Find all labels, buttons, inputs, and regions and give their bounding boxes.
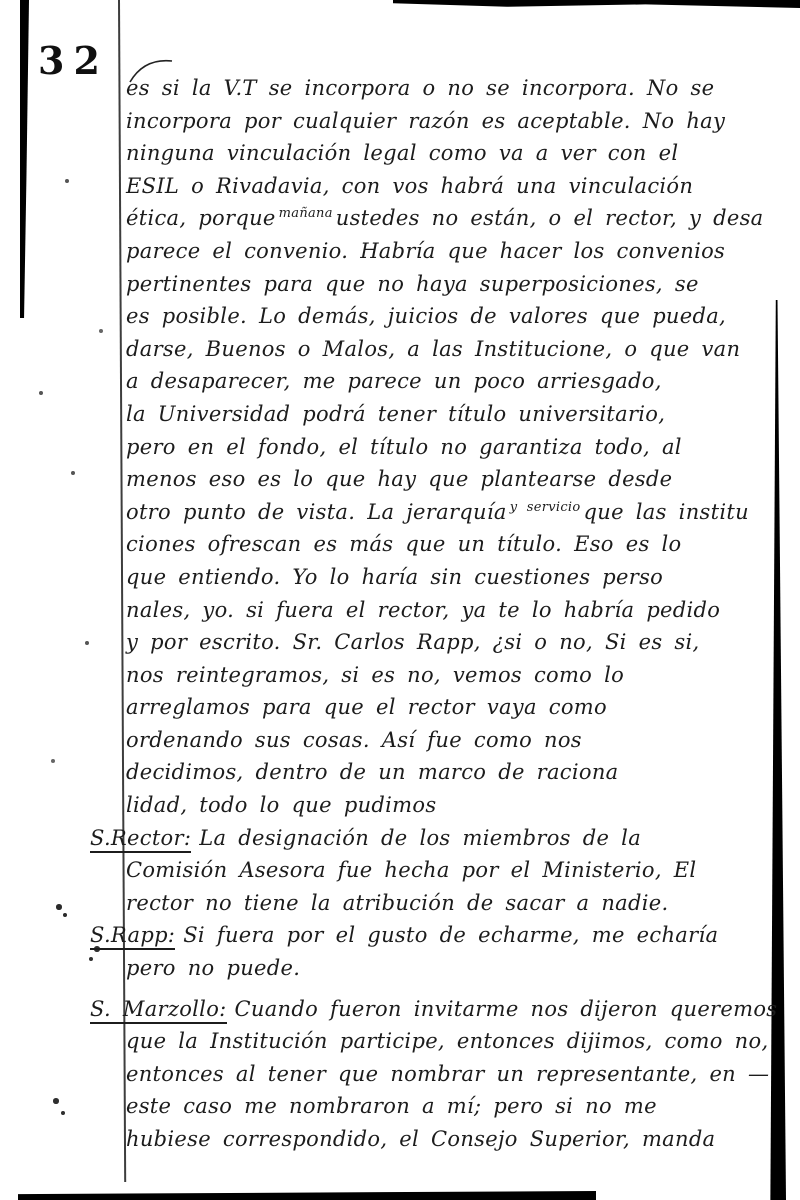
- line-text: Si fuera por el gusto de echarme, me ech…: [183, 923, 718, 947]
- line-text: y por escrito. Sr. Carlos Rapp, ¿si o no…: [126, 630, 699, 654]
- line-text: pero en el fondo, el título no garantiza…: [126, 435, 682, 459]
- line-text: ordenando sus cosas. Así fue como nos: [126, 728, 582, 752]
- manuscript-line: parece el convenio. Habría que hacer los…: [126, 235, 778, 268]
- manuscript-line: incorpora por cualquier razón es aceptab…: [126, 105, 778, 138]
- manuscript-line: decidimos, dentro de un marco de raciona: [126, 756, 778, 789]
- line-text: arreglamos para que el rector vaya como: [126, 695, 607, 719]
- line-text: a desaparecer, me parece un poco arriesg…: [126, 369, 662, 393]
- manuscript-line: hubiese correspondido, el Consejo Superi…: [126, 1123, 778, 1156]
- line-text: decidimos, dentro de un marco de raciona: [126, 760, 618, 784]
- line-text: ciones ofrescan es más que un título. Es…: [126, 532, 681, 556]
- line-text: es si la V.T se incorpora o no se incorp…: [126, 76, 714, 100]
- line-text: ninguna vinculación legal como va a ver …: [126, 141, 678, 165]
- scan-artifact-top-bar: [393, 0, 800, 8]
- speaker-label: S. Marzollo:: [90, 997, 227, 1024]
- line-text: entonces al tener que nombrar un represe…: [126, 1062, 769, 1086]
- manuscript-line: es si la V.T se incorpora o no se incorp…: [126, 72, 778, 105]
- manuscript-line: S. Marzollo:Cuando fueron invitarme nos …: [90, 993, 778, 1026]
- line-text: que entiendo. Yo lo haría sin cuestiones…: [126, 565, 663, 589]
- line-text: ustedes no están, o el rector, y desa: [336, 206, 764, 230]
- manuscript-line: a desaparecer, me parece un poco arriesg…: [126, 365, 778, 398]
- manuscript-lines: es si la V.T se incorpora o no se incorp…: [126, 72, 778, 1156]
- speaker-label: S.Rector:: [90, 826, 191, 853]
- line-text: otro punto de vista. La jerarquía: [126, 500, 507, 524]
- line-text: nos reintegramos, si es no, vemos como l…: [126, 663, 624, 687]
- line-text: parece el convenio. Habría que hacer los…: [126, 239, 725, 263]
- manuscript-line: ordenando sus cosas. Así fue como nos: [126, 724, 778, 757]
- speaker-label: S.Rapp:: [90, 923, 175, 950]
- manuscript-line: S.Rector:La designación de los miembros …: [90, 822, 778, 855]
- scan-artifact-bottom-bar: [18, 1191, 596, 1200]
- manuscript-line: pertinentes para que no haya superposici…: [126, 268, 778, 301]
- manuscript-line: es posible. Lo demás, juicios de valores…: [126, 300, 778, 333]
- line-text: ESIL o Rivadavia, con vos habrá una vinc…: [126, 174, 693, 198]
- manuscript-line: nales, yo. si fuera el rector, ya te lo …: [126, 594, 778, 627]
- manuscript-line: entonces al tener que nombrar un represe…: [126, 1058, 778, 1091]
- manuscript-line: que la Institución participe, entonces d…: [126, 1025, 778, 1058]
- scan-artifact-left-strip: [20, 0, 29, 318]
- line-text: Comisión Asesora fue hecha por el Minist…: [126, 858, 696, 882]
- page-number: 32: [38, 38, 109, 83]
- manuscript-line: S.Rapp:Si fuera por el gusto de echarme,…: [90, 919, 778, 952]
- line-text: este caso me nombraron a mí; pero si no …: [126, 1094, 657, 1118]
- manuscript-line: Comisión Asesora fue hecha por el Minist…: [126, 854, 778, 887]
- scanned-page: 32 es si la V.T se incorpora o no se inc…: [0, 0, 800, 1200]
- line-text: hubiese correspondido, el Consejo Superi…: [126, 1127, 715, 1151]
- line-text: pero no puede.: [126, 956, 300, 980]
- manuscript-line: ninguna vinculación legal como va a ver …: [126, 137, 778, 170]
- manuscript-line: nos reintegramos, si es no, vemos como l…: [126, 659, 778, 692]
- manuscript-line: rector no tiene la atribución de sacar a…: [126, 887, 778, 920]
- line-text: rector no tiene la atribución de sacar a…: [126, 891, 668, 915]
- manuscript-line: menos eso es lo que hay que plantearse d…: [126, 463, 778, 496]
- manuscript-line: que entiendo. Yo lo haría sin cuestiones…: [126, 561, 778, 594]
- line-text: nales, yo. si fuera el rector, ya te lo …: [126, 598, 720, 622]
- manuscript-line: pero en el fondo, el título no garantiza…: [126, 431, 778, 464]
- line-text: que las institu: [584, 500, 749, 524]
- ink-specks: [0, 0, 2, 2]
- line-text: incorpora por cualquier razón es aceptab…: [126, 109, 725, 133]
- manuscript-line: darse, Buenos o Malos, a las Institucion…: [126, 333, 778, 366]
- line-text: ética, porque: [126, 206, 276, 230]
- manuscript-line: la Universidad podrá tener título univer…: [126, 398, 778, 431]
- line-text: menos eso es lo que hay que plantearse d…: [126, 467, 672, 491]
- manuscript-line: otro punto de vista. La jerarquíay servi…: [126, 496, 778, 529]
- line-text: la Universidad podrá tener título univer…: [126, 402, 665, 426]
- manuscript-line: pero no puede.: [126, 952, 778, 985]
- manuscript-line: arreglamos para que el rector vaya como: [126, 691, 778, 724]
- line-text: pertinentes para que no haya superposici…: [126, 272, 699, 296]
- manuscript-line: ética, porquemañanaustedes no están, o e…: [126, 202, 778, 235]
- manuscript-line: ESIL o Rivadavia, con vos habrá una vinc…: [126, 170, 778, 203]
- manuscript-line: lidad, todo lo que pudimos: [126, 789, 778, 822]
- line-text: Cuando fueron invitarme nos dijeron quer…: [235, 997, 778, 1021]
- line-text: que la Institución participe, entonces d…: [126, 1029, 768, 1053]
- inserted-word-above-line: y servicio: [510, 500, 581, 515]
- manuscript-line: este caso me nombraron a mí; pero si no …: [126, 1090, 778, 1123]
- manuscript-line: ciones ofrescan es más que un título. Es…: [126, 528, 778, 561]
- inserted-word-above-line: mañana: [279, 206, 333, 221]
- line-text: lidad, todo lo que pudimos: [126, 793, 436, 817]
- line-text: es posible. Lo demás, juicios de valores…: [126, 304, 726, 328]
- line-text: La designación de los miembros de la: [199, 826, 641, 850]
- manuscript-line: y por escrito. Sr. Carlos Rapp, ¿si o no…: [126, 626, 778, 659]
- line-text: darse, Buenos o Malos, a las Institucion…: [126, 337, 740, 361]
